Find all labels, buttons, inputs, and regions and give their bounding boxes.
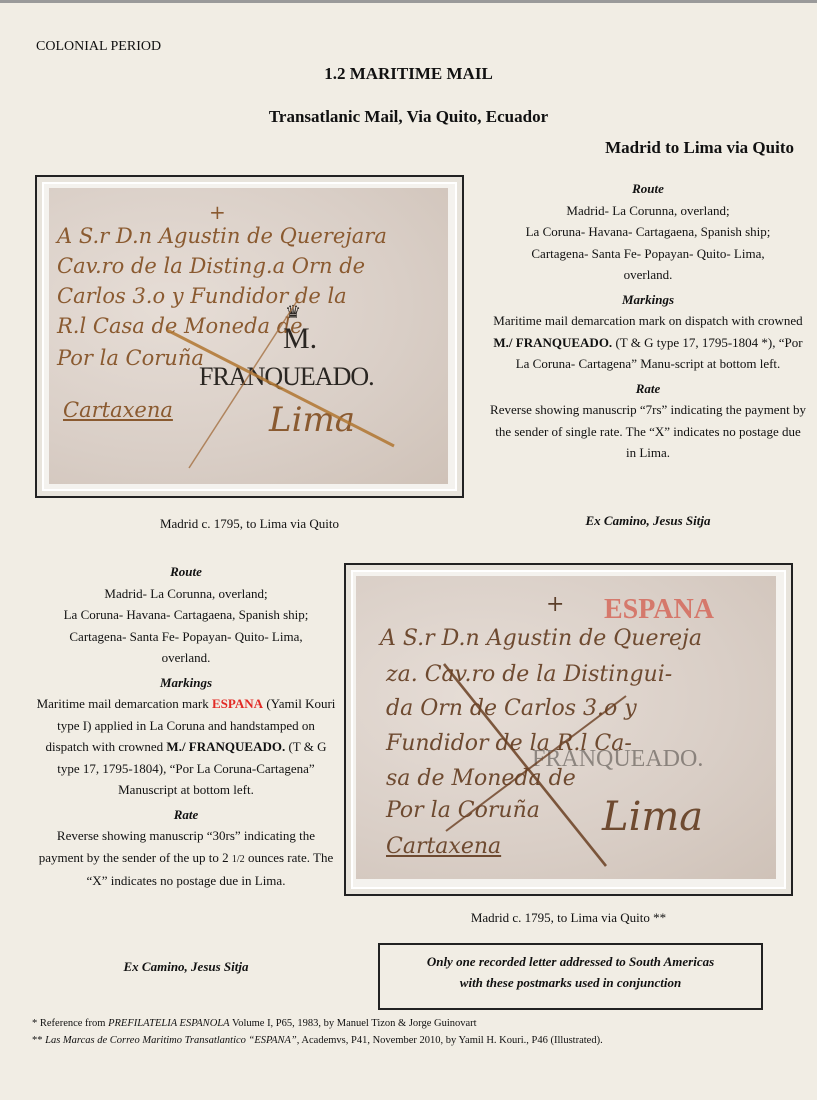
route-line: overland. [36, 647, 336, 669]
footnote-text: , Academvs, P41, November 2010, by Yamil… [297, 1035, 603, 1046]
rarity-note-line: with these postmarks used in conjunction [380, 972, 761, 993]
markings-stamp-name: M./ FRANQUEADO. [166, 739, 285, 754]
rate-text: Reverse showing manuscrip “7rs” indicati… [486, 399, 810, 464]
cover1-description: Route Madrid- La Corunna, overland; La C… [486, 178, 810, 464]
rate-fraction: 1/2 [232, 854, 245, 865]
footnote-text: Reference from [37, 1018, 108, 1029]
cover2-image: ESPANA + A S.r D.n Agustin de Quereja za… [356, 576, 776, 879]
cover2-description: Route Madrid- La Corunna, overland; La C… [36, 561, 336, 892]
cover1-frame: + A S.r D.n Agustin de Querejara Cav.ro … [35, 175, 464, 498]
markings-text: Maritime mail demarcation mark ESPANA (Y… [36, 693, 336, 801]
markings-stamp-name: M./ FRANQUEADO. [493, 335, 612, 350]
footnote-title: PREFILATELIA ESPANOLA [108, 1018, 229, 1029]
reference-footnote: ** Las Marcas de Correo Maritimo Transat… [32, 1035, 603, 1046]
cover2-x-mark [356, 576, 776, 879]
cover1-caption: Madrid c. 1795, to Lima via Quito [35, 516, 464, 532]
exhibit-title: Madrid to Lima via Quito [605, 138, 794, 158]
cover2-caption: Madrid c. 1795, to Lima via Quito ** [344, 910, 793, 926]
period-label: COLONIAL PERIOD [36, 39, 161, 55]
markings-text: Maritime mail demarcation mark on dispat… [486, 310, 810, 375]
route-line: Cartagena- Santa Fe- Popayan- Quito- Lim… [36, 626, 336, 648]
route-heading: Route [486, 178, 810, 200]
route-line: Madrid- La Corunna, overland; [36, 583, 336, 605]
footnote-text: Volume I, P65, 1983, by Manuel Tizon & J… [230, 1018, 477, 1029]
section-title: 1.2 MARITIME MAIL [0, 64, 817, 84]
route-line: Madrid- La Corunna, overland; [486, 200, 810, 222]
cover2-provenance: Ex Camino, Jesus Sitja [36, 959, 336, 975]
route-heading: Route [36, 561, 336, 583]
markings-heading: Markings [486, 289, 810, 311]
route-line: Cartagena- Santa Fe- Popayan- Quito- Lim… [486, 243, 810, 265]
cover1-provenance: Ex Camino, Jesus Sitja [486, 513, 810, 529]
route-line: La Coruna- Havana- Cartagaena, Spanish s… [36, 604, 336, 626]
page-subtitle: Transatlanic Mail, Via Quito, Ecuador [0, 107, 817, 127]
route-line: overland. [486, 264, 810, 286]
rate-text: Reverse showing manuscrip “30rs” indicat… [36, 825, 336, 892]
rarity-note-box: Only one recorded letter addressed to So… [378, 943, 763, 1010]
cover1-image: + A S.r D.n Agustin de Querejara Cav.ro … [49, 188, 448, 484]
footnote-title: Las Marcas de Correo Maritimo Transatlan… [45, 1035, 297, 1046]
cover2-frame: ESPANA + A S.r D.n Agustin de Quereja za… [344, 563, 793, 896]
markings-text-part: Maritime mail demarcation mark [37, 696, 212, 711]
cover1-x-mark [49, 188, 448, 484]
markings-heading: Markings [36, 672, 336, 694]
rate-heading: Rate [486, 378, 810, 400]
footnote-marker: ** [32, 1035, 43, 1046]
route-line: La Coruna- Havana- Cartagaena, Spanish s… [486, 221, 810, 243]
rarity-note-line: Only one recorded letter addressed to So… [380, 951, 761, 972]
espana-mark-name: ESPANA [212, 696, 263, 711]
markings-text-part: Maritime mail demarcation mark on dispat… [493, 313, 802, 328]
reference-footnote: * Reference from PREFILATELIA ESPANOLA V… [32, 1018, 477, 1029]
rate-heading: Rate [36, 804, 336, 826]
